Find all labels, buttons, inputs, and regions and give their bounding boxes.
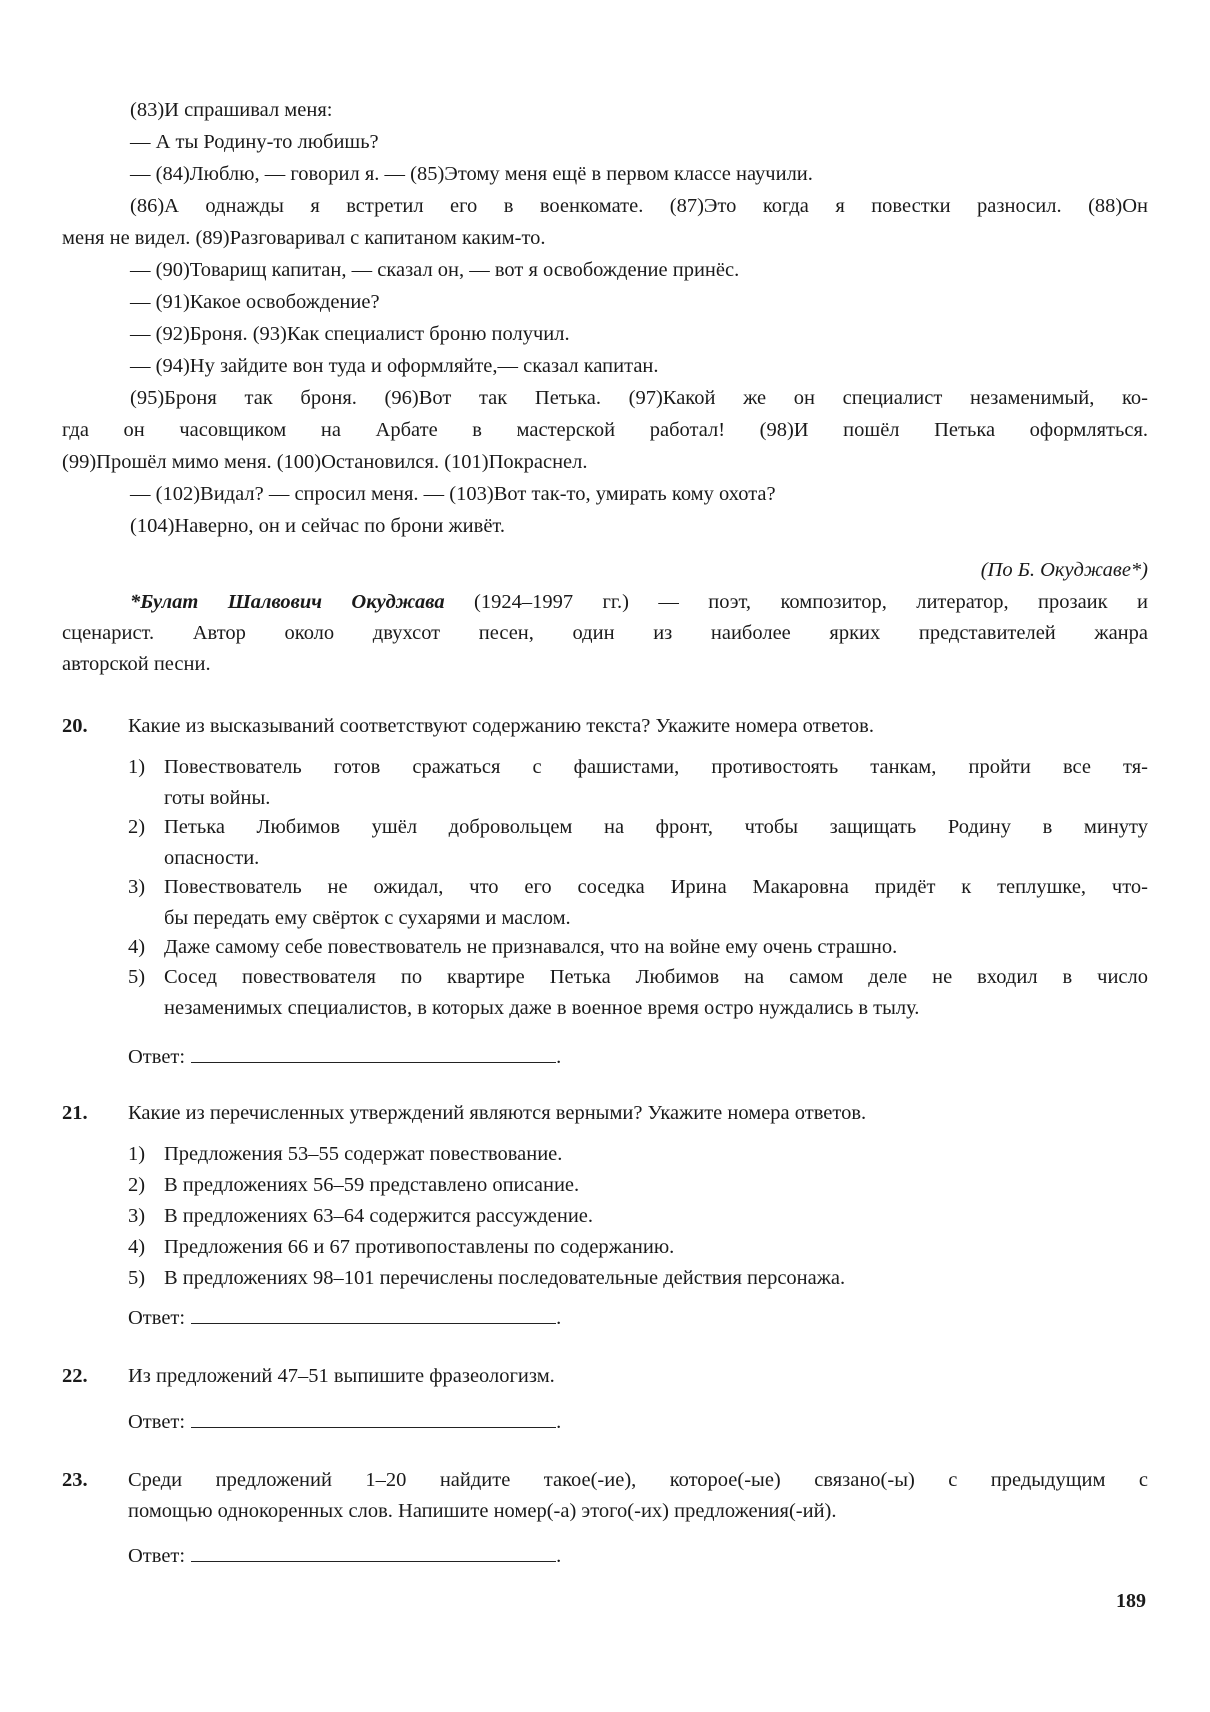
option-text-line-1: Повествователь не ожидал, что его соседк… xyxy=(164,872,1148,903)
answer-blank[interactable] xyxy=(191,1044,556,1063)
option-number: 3) xyxy=(128,1201,145,1232)
author-bio-line-1: *Булат Шалвович Окуджава (1924–1997 гг.)… xyxy=(130,589,1148,615)
option-1: 1) Предложения 53–55 содержат повествова… xyxy=(128,1139,1148,1170)
answer-blank[interactable] xyxy=(191,1409,556,1428)
text-line-question: — А ты Родину-то любишь? xyxy=(130,129,379,155)
text-line-92: — (92)Броня. (93)Как специалист броню по… xyxy=(130,321,570,347)
option-1: 1) Повествователь готов сражаться с фаши… xyxy=(128,752,1148,814)
text-line-102: — (102)Видал? — спросил меня. — (103)Вот… xyxy=(130,481,776,507)
question-number: 22. xyxy=(62,1363,88,1389)
answer-field[interactable]: Ответ:. xyxy=(128,1305,561,1331)
option-text: В предложениях 56–59 представлено описан… xyxy=(164,1170,1148,1201)
option-number: 2) xyxy=(128,1170,145,1201)
author-bio-line-2-text: сценарист. Автор около двухсот песен, од… xyxy=(62,620,1148,646)
answer-label: Ответ: xyxy=(128,1545,185,1567)
option-number: 1) xyxy=(128,752,145,783)
option-text-line-2: бы передать ему свёрток с сухарями и мас… xyxy=(164,903,1148,934)
author-bio-line-3: авторской песни. xyxy=(62,651,211,677)
option-text-line-1: Сосед повествователя по квартире Петька … xyxy=(164,962,1148,993)
answer-label: Ответ: xyxy=(128,1411,185,1433)
option-text-line-1: Даже самому себе повествователь не призн… xyxy=(164,932,1148,963)
question-text: Какие из высказываний соответствуют соде… xyxy=(128,713,874,739)
question-number: 20. xyxy=(62,713,88,739)
question-number: 21. xyxy=(62,1100,88,1126)
author-name: *Булат Шалвович Окуджава xyxy=(130,591,445,613)
text-line-95b: гда он часовщиком на Арбате в мастерской… xyxy=(62,417,1148,443)
option-3: 3) В предложениях 63–64 содержится рассу… xyxy=(128,1201,1148,1232)
author-bio-line-1-text: *Булат Шалвович Окуджава (1924–1997 гг.)… xyxy=(130,589,1148,615)
author-bio-line-2: сценарист. Автор около двухсот песен, од… xyxy=(62,620,1148,646)
question-text: Из предложений 47–51 выпишите фразеологи… xyxy=(128,1363,555,1389)
option-5: 5) В предложениях 98–101 перечислены пос… xyxy=(128,1263,1148,1294)
answer-suffix: . xyxy=(556,1307,561,1329)
text-line-86a: (86)А однажды я встретил его в военкомат… xyxy=(130,193,1148,219)
text-line-83: (83)И спрашивал меня: xyxy=(130,97,332,123)
question-number: 23. xyxy=(62,1467,88,1493)
option-4: 4) Даже самому себе повествователь не пр… xyxy=(128,932,1148,963)
page-number: 189 xyxy=(1116,1590,1146,1613)
option-number: 4) xyxy=(128,932,145,963)
text-line-84: — (84)Люблю, — говорил я. — (85)Этому ме… xyxy=(130,161,813,187)
option-text: В предложениях 98–101 перечислены послед… xyxy=(164,1263,1148,1294)
option-5: 5) Сосед повествователя по квартире Петь… xyxy=(128,962,1148,1024)
question-text-line-1-text: Среди предложений 1–20 найдите такое(-ие… xyxy=(128,1467,1148,1493)
answer-suffix: . xyxy=(556,1046,561,1068)
text-line-90: — (90)Товарищ капитан, — сказал он, — во… xyxy=(130,257,739,283)
text-line-95a: (95)Броня так броня. (96)Вот так Петька.… xyxy=(130,385,1148,411)
option-number: 5) xyxy=(128,1263,145,1294)
text-line-95a-text: (95)Броня так броня. (96)Вот так Петька.… xyxy=(130,385,1148,411)
option-number: 4) xyxy=(128,1232,145,1263)
text-line-104: (104)Наверно, он и сейчас по брони живёт… xyxy=(130,513,505,539)
option-number: 5) xyxy=(128,962,145,993)
option-text-line-2: незаменимых специалистов, в которых даже… xyxy=(164,993,1148,1024)
question-text-line-1: Среди предложений 1–20 найдите такое(-ие… xyxy=(128,1467,1148,1493)
answer-field[interactable]: Ответ:. xyxy=(128,1409,561,1435)
answer-field[interactable]: Ответ:. xyxy=(128,1044,561,1070)
answer-field[interactable]: Ответ:. xyxy=(128,1543,561,1569)
option-text-line-1: Петька Любимов ушёл добровольцем на фрон… xyxy=(164,812,1148,843)
text-line-95b-text: гда он часовщиком на Арбате в мастерской… xyxy=(62,417,1148,443)
option-text: Предложения 53–55 содержат повествование… xyxy=(164,1139,1148,1170)
option-number: 2) xyxy=(128,812,145,843)
source-attribution: (По Б. Окуджаве*) xyxy=(981,557,1148,583)
answer-label: Ответ: xyxy=(128,1046,185,1068)
option-text-line-2: опасности. xyxy=(164,843,1148,874)
option-3: 3) Повествователь не ожидал, что его сос… xyxy=(128,872,1148,934)
question-text-line-2: помощью однокоренных слов. Напишите номе… xyxy=(128,1498,837,1524)
option-number: 3) xyxy=(128,872,145,903)
text-line-86b: меня не видел. (89)Разговаривал с капита… xyxy=(62,225,546,251)
option-2: 2) Петька Любимов ушёл добровольцем на ф… xyxy=(128,812,1148,874)
answer-blank[interactable] xyxy=(191,1543,556,1562)
option-2: 2) В предложениях 56–59 представлено опи… xyxy=(128,1170,1148,1201)
answer-label: Ответ: xyxy=(128,1307,185,1329)
option-text-line-1: Повествователь готов сражаться с фашиста… xyxy=(164,752,1148,783)
option-4: 4) Предложения 66 и 67 противопоставлены… xyxy=(128,1232,1148,1263)
option-text-line-2: готы войны. xyxy=(164,783,1148,814)
text-line-95c: (99)Прошёл мимо меня. (100)Остановился. … xyxy=(62,449,588,475)
answer-suffix: . xyxy=(556,1411,561,1433)
text-line-86a-text: (86)А однажды я встретил его в военкомат… xyxy=(130,193,1148,219)
option-text: Предложения 66 и 67 противопоставлены по… xyxy=(164,1232,1148,1263)
option-number: 1) xyxy=(128,1139,145,1170)
question-text: Какие из перечисленных утверждений являю… xyxy=(128,1100,866,1126)
text-line-94: — (94)Ну зайдите вон туда и оформляйте,—… xyxy=(130,353,659,379)
author-bio-rest: (1924–1997 гг.) — поэт, композитор, лите… xyxy=(445,591,1148,613)
text-line-91: — (91)Какое освобождение? xyxy=(130,289,380,315)
answer-blank[interactable] xyxy=(191,1305,556,1324)
answer-suffix: . xyxy=(556,1545,561,1567)
option-text: В предложениях 63–64 содержится рассужде… xyxy=(164,1201,1148,1232)
